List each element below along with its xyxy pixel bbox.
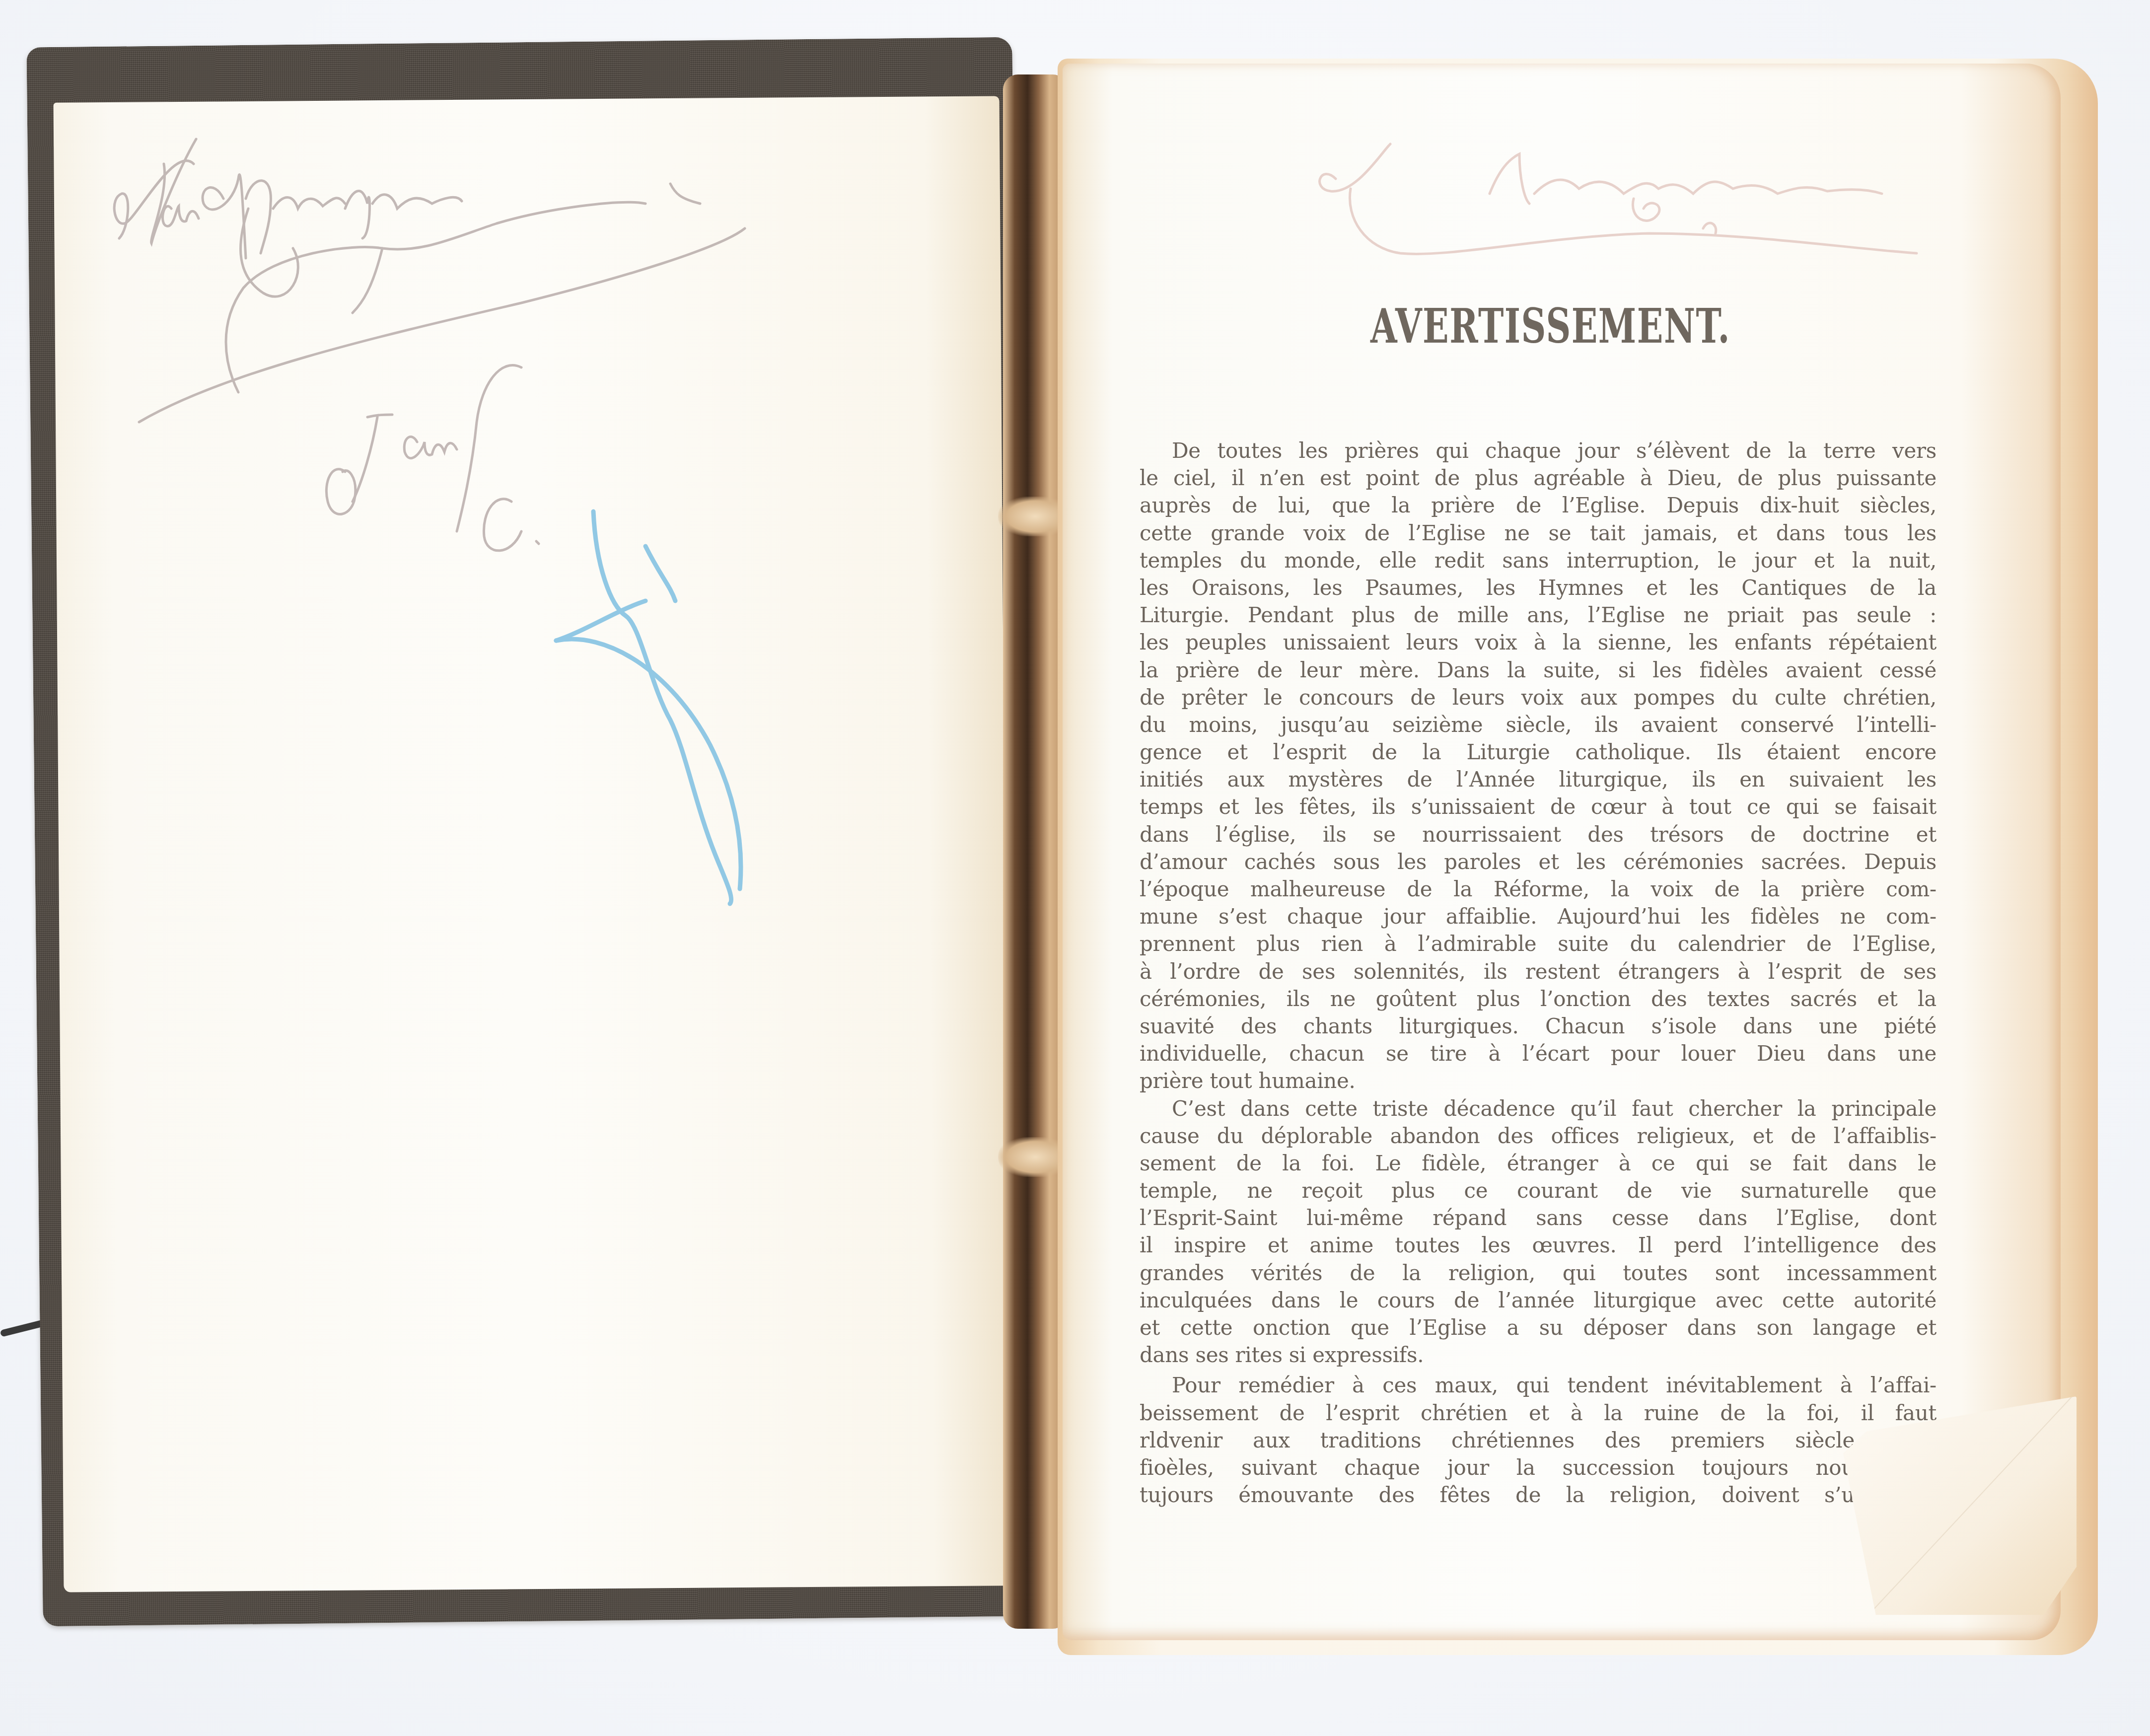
text-line: rldvenir aux traditions chrétiennes des … bbox=[1140, 1427, 1855, 1454]
text-line: grandes vérités de la religion, qui tout… bbox=[1140, 1259, 1936, 1287]
text-line: Pour remédier à ces maux, qui tendent in… bbox=[1140, 1372, 1936, 1399]
text-line: auprès de lui, que la prière de l’Eglise… bbox=[1140, 492, 1936, 519]
page-body-text: De toutes les prières qui chaque jour s’… bbox=[1140, 437, 1936, 1509]
text-line: gence et l’esprit de la Liturgie catholi… bbox=[1140, 738, 1936, 766]
text-line: cause du déplorable abandon des offices … bbox=[1140, 1122, 1936, 1150]
text-line: de prêter le concours de leurs voix aux … bbox=[1140, 684, 1936, 711]
text-line: Liturgie. Pendant plus de mille ans, l’E… bbox=[1140, 601, 1936, 629]
text-line: les Oraisons, les Psaumes, les Hymnes et… bbox=[1140, 574, 1936, 601]
text-line: la prière de leur mère. Dans la suite, s… bbox=[1140, 656, 1936, 684]
text-line: mune s’est chaque jour affaiblie. Aujour… bbox=[1140, 903, 1936, 930]
text-line: fioèles, suivant chaque jour la successi… bbox=[1140, 1454, 1855, 1481]
text-line: il inspire et anime toutes les œuvres. I… bbox=[1140, 1231, 1936, 1259]
text-line: du moins, jusqu’au seizième siècle, ils … bbox=[1140, 711, 1936, 738]
text-line: cérémonies, ils ne goûtent plus l’onctio… bbox=[1140, 985, 1936, 1013]
text-line: initiés aux mystères de l’Année liturgiq… bbox=[1140, 766, 1936, 793]
text-line: le ciel, il n’en est point de plus agréa… bbox=[1140, 464, 1936, 492]
text-line: temps et les fêtes, ils s’unissaient de … bbox=[1140, 793, 1936, 820]
text-line: l’Esprit-Saint lui-même répand sans cess… bbox=[1140, 1204, 1936, 1231]
text-line: prière tout humaine. bbox=[1140, 1067, 1936, 1094]
text-line: cette grande voix de l’Eglise ne se tait… bbox=[1140, 519, 1936, 547]
text-line: et cette onction que l’Eglise a su dépos… bbox=[1140, 1314, 1936, 1341]
text-line: tujours émouvante des fêtes de la religi… bbox=[1140, 1481, 1855, 1509]
text-line: prennent plus rien à l’admirable suite d… bbox=[1140, 930, 1936, 957]
text-line: les peuples unissaient leurs voix à la s… bbox=[1140, 629, 1936, 656]
text-line: inculquées dans le cours de l’année litu… bbox=[1140, 1287, 1936, 1314]
text-line: C’est dans cette triste décadence qu’il … bbox=[1140, 1095, 1936, 1122]
text-line: temples du monde, elle redit sans interr… bbox=[1140, 547, 1936, 574]
text-line: suavité des chants liturgiques. Chacun s… bbox=[1140, 1013, 1936, 1040]
text-line: à l’ordre de ses solennités, ils restent… bbox=[1140, 958, 1936, 985]
text-line: individuelle, chacun se tire à l’écart p… bbox=[1140, 1040, 1936, 1067]
text-line: De toutes les prières qui chaque jour s’… bbox=[1140, 437, 1936, 464]
text-line: l’époque malheureuse de la Réforme, la v… bbox=[1140, 875, 1936, 903]
text-line: beissement de l’esprit chrétien et à la … bbox=[1140, 1399, 1936, 1427]
left-endpaper bbox=[54, 96, 1010, 1592]
text-line: dans l’église, ils se nourrissaient des … bbox=[1140, 821, 1936, 848]
text-line: sement de la foi. Le fidèle, étranger à … bbox=[1140, 1150, 1936, 1177]
text-line: d’amour cachés sous les paroles et les c… bbox=[1140, 848, 1936, 875]
text-line: temple, ne reçoit plus ce courant de vie… bbox=[1140, 1177, 1936, 1204]
text-line: dans ses rites si expressifs. bbox=[1140, 1341, 1936, 1369]
page-title: AVERTISSEMENT. bbox=[1370, 298, 1656, 354]
